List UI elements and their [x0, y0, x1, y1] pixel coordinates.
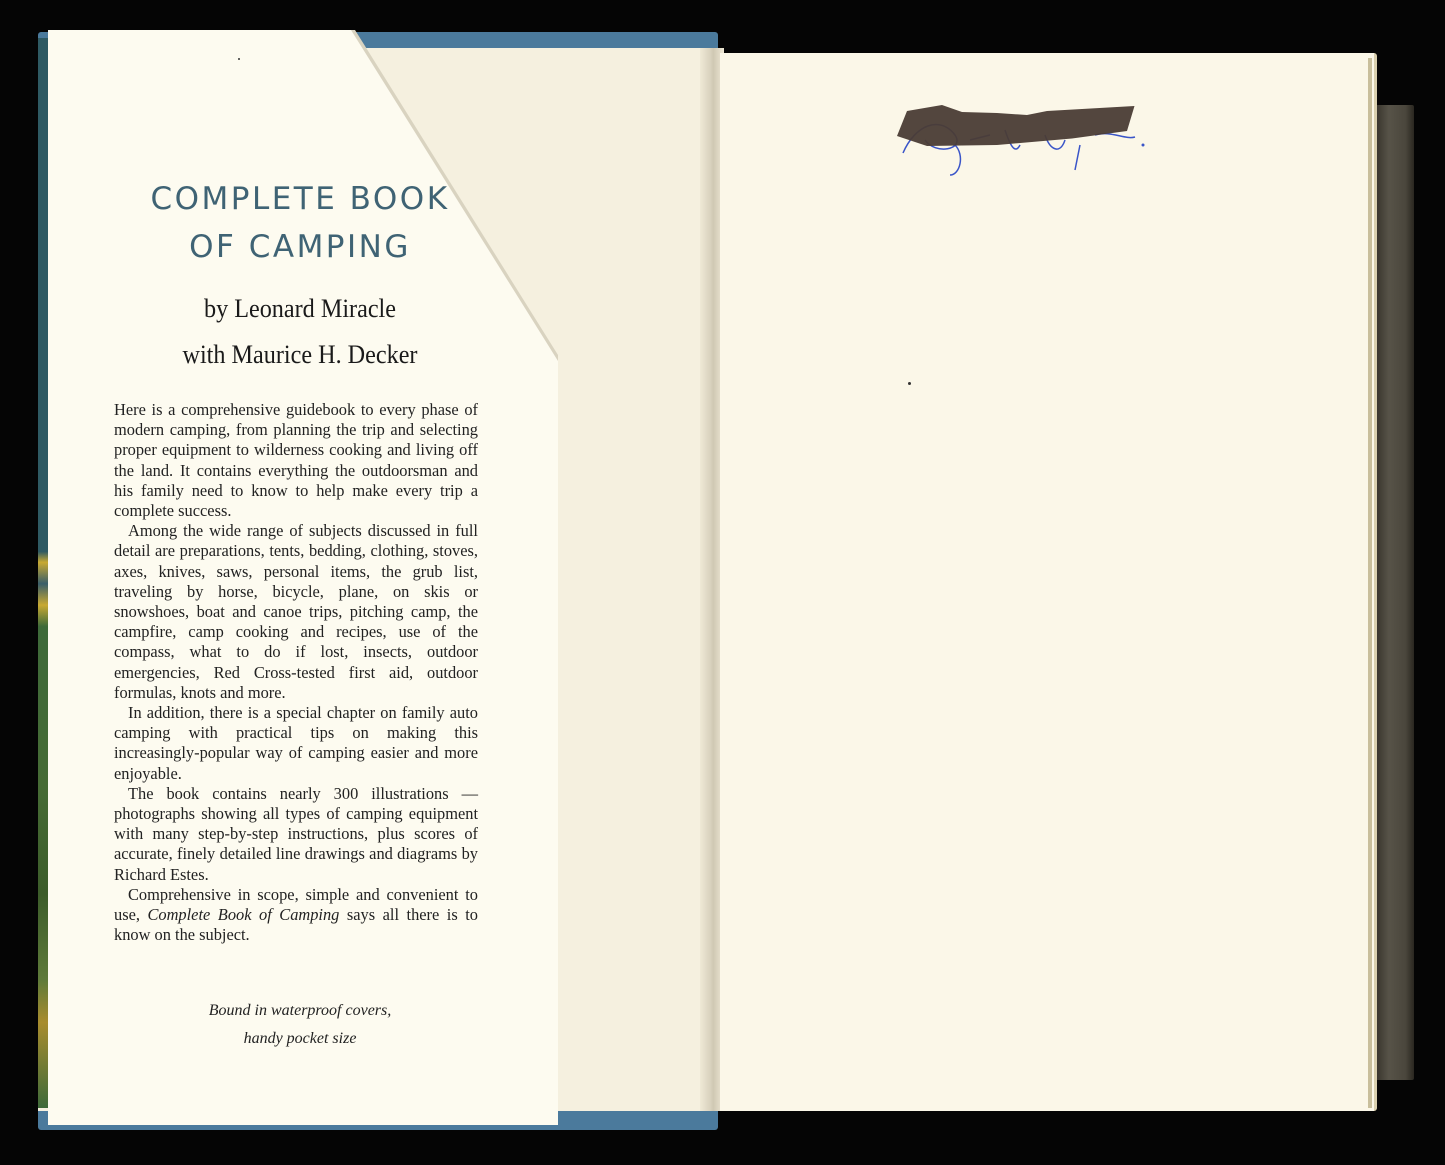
- blurb-paragraph-final: Comprehensive in scope, simple and conve…: [114, 885, 478, 946]
- blurb-paragraph: In addition, there is a special chapter …: [114, 703, 478, 784]
- flap-blurb: Here is a comprehensive guidebook to eve…: [114, 400, 478, 945]
- closing-line-2: handy pocket size: [120, 1025, 480, 1053]
- page-edge: [1368, 58, 1372, 1108]
- right-endpaper: [720, 53, 1377, 1111]
- right-cover-board: [1372, 105, 1414, 1080]
- redacted-inscription: [895, 95, 1155, 180]
- blurb-paragraph: Here is a comprehensive guidebook to eve…: [114, 400, 478, 521]
- title-line-2: OF CAMPING: [130, 223, 470, 271]
- paper-speck: [908, 382, 911, 385]
- paper-speck: [238, 58, 240, 60]
- author-line-2: with Maurice H. Decker: [133, 332, 468, 378]
- blurb-paragraph: Among the wide range of subjects discuss…: [114, 521, 478, 703]
- flap-closing: Bound in waterproof covers, handy pocket…: [120, 997, 480, 1053]
- author-line-1: by Leonard Miracle: [133, 286, 468, 332]
- blurb-paragraph: The book contains nearly 300 illustratio…: [114, 784, 478, 885]
- blurb-book-title: Complete Book of Camping: [147, 905, 339, 924]
- title-line-1: COMPLETE BOOK: [130, 175, 470, 223]
- book-authors: by Leonard Miracle with Maurice H. Decke…: [133, 286, 468, 378]
- closing-line-1: Bound in waterproof covers,: [120, 997, 480, 1025]
- book-title: COMPLETE BOOK OF CAMPING: [130, 175, 470, 271]
